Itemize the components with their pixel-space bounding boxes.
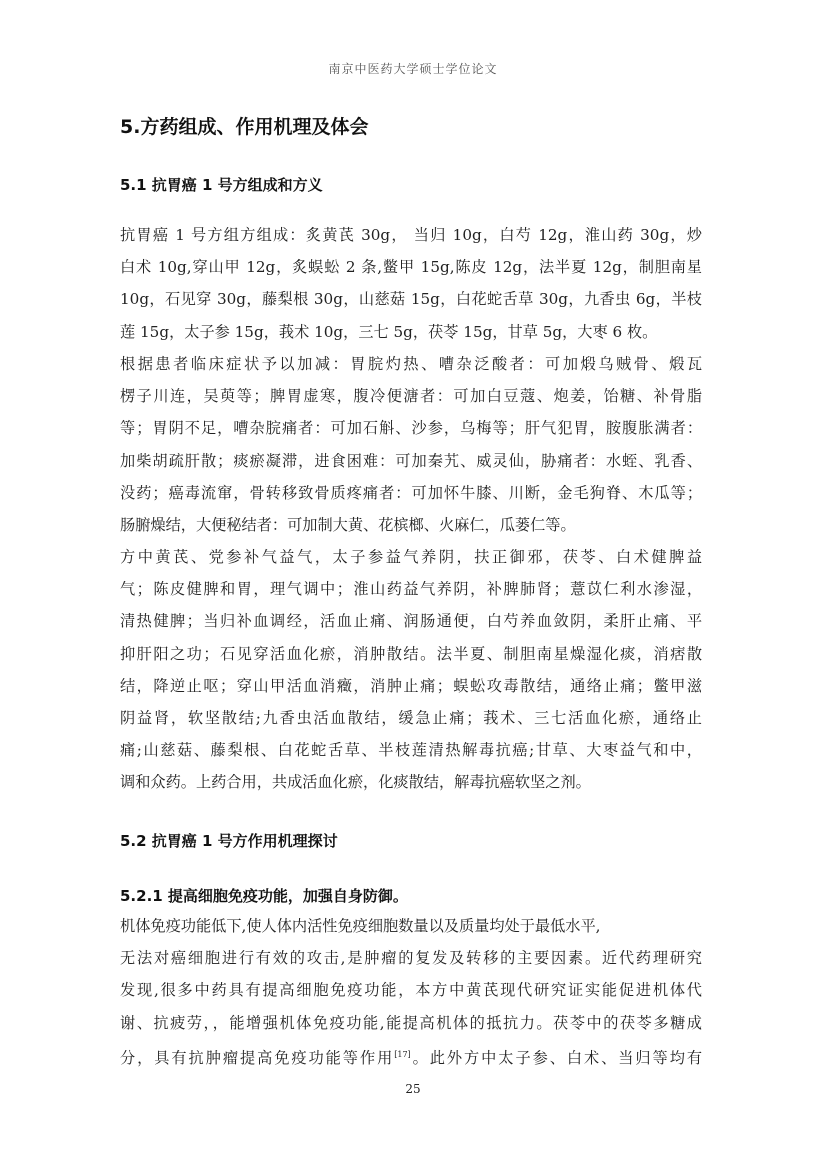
text-line: 10g，石见穿 30g，藤梨根 30g，山慈菇 15g，白花蛇舌草 30g，九香… xyxy=(120,283,702,315)
running-header: 南京中医药大学硕士学位论文 xyxy=(0,60,826,77)
text-line: 肠腑燥结，大便秘结者：可加制大黄、花槟榔、火麻仁，瓜蒌仁等。 xyxy=(120,509,702,541)
text-segment: 。此外方中太子参、白术、当归等均有 xyxy=(411,1049,702,1067)
text-line: 方中黄芪、党参补气益气，太子参益气养阴，扶正御邪，茯苓、白术健脾益 xyxy=(120,541,702,573)
section-5-2-1-title: 5.2.1 提高细胞免疫功能，加强自身防御。 xyxy=(120,885,408,906)
text-line: 阴益肾，软坚散结;九香虫活血散结，缓急止痛；莪术、三七活血化瘀，通络止 xyxy=(120,702,702,734)
text-line: 无法对癌细胞进行有效的攻击,是肿瘤的复发及转移的主要因素。近代药理研究 xyxy=(120,942,702,974)
text-line: 机体免疫功能低下,使人体内活性免疫细胞数量以及质量均处于最低水平, xyxy=(120,910,702,942)
text-line: 根据患者临床症状予以加减：胃脘灼热、嘈杂泛酸者：可加煅乌贼骨、煅瓦 xyxy=(120,348,702,380)
text-line: 等；胃阴不足，嘈杂脘痛者：可加石斛、沙参，乌梅等；肝气犯胃，胺腹胀满者： xyxy=(120,412,702,444)
chapter-title: 5.方药组成、作用机理及体会 xyxy=(120,112,368,139)
text-line: 没药；癌毒流窜，骨转移致骨质疼痛者：可加怀牛膝、川断，金毛狗脊、木瓜等； xyxy=(120,477,702,509)
paragraph-formula-composition: 抗胃癌 1 号方组方组成：炙黄芪 30g， 当归 10g，白芍 12g，淮山药 … xyxy=(120,219,702,348)
text-line: 莲 15g，太子参 15g，莪术 10g，三七 5g，茯苓 15g，甘草 5g，… xyxy=(120,316,702,348)
text-line: 结，降逆止呕；穿山甲活血消癥，消肿止痛；蜈蚣攻毒散结，通络止痛；鳖甲滋 xyxy=(120,670,702,702)
text-line: 痛;山慈菇、藤梨根、白花蛇舌草、半枝莲清热解毒抗癌;甘草、大枣益气和中， xyxy=(120,734,702,766)
text-line: 白术 10g,穿山甲 12g，炙蜈蚣 2 条,鳖甲 15g,陈皮 12g，法半夏… xyxy=(120,251,702,283)
section-5-1-title: 5.1 抗胃癌 1 号方组成和方义 xyxy=(120,174,323,195)
citation-marker[interactable]: [17] xyxy=(394,1050,410,1059)
text-line: 分，具有抗肿瘤提高免疫功能等作用[17]。此外方中太子参、白术、当归等均有 xyxy=(120,1039,702,1074)
text-line: 抑肝阳之功；石见穿活血化瘀，消肿散结。法半夏、制胆南星燥湿化痰，消痞散 xyxy=(120,638,702,670)
text-line: 气；陈皮健脾和胃，理气调中；淮山药益气养阴，补脾肺肾；薏苡仁利水渗湿， xyxy=(120,573,702,605)
text-line: 清热健脾；当归补血调经，活血止痛、润肠通便，白芍养血敛阴，柔肝止痛、平 xyxy=(120,605,702,637)
paragraph-immune-function: 机体免疫功能低下,使人体内活性免疫细胞数量以及质量均处于最低水平, 无法对癌细胞… xyxy=(120,910,702,1074)
text-line: 发现,很多中药具有提高细胞免疫功能，本方中黄芪现代研究证实能促进机体代 xyxy=(120,974,702,1006)
paragraph-formula-meaning: 方中黄芪、党参补气益气，太子参益气养阴，扶正御邪，茯苓、白术健脾益 气；陈皮健脾… xyxy=(120,541,702,799)
text-segment: 分，具有抗肿瘤提高免疫功能等作用 xyxy=(120,1049,394,1067)
text-line: 谢、抗疲劳，，能增强机体免疫功能,能提高机体的抵抗力。茯苓中的茯苓多糖成 xyxy=(120,1007,702,1039)
page-number: 25 xyxy=(0,1082,826,1096)
paragraph-modifications: 根据患者临床症状予以加减：胃脘灼热、嘈杂泛酸者：可加煅乌贼骨、煅瓦 楞子川连，吴… xyxy=(120,348,702,541)
section-5-2-title: 5.2 抗胃癌 1 号方作用机理探讨 xyxy=(120,830,338,851)
text-line: 加柴胡疏肝散；痰瘀凝滞，进食困难：可加秦艽、威灵仙，胁痛者：水蛭、乳香、 xyxy=(120,445,702,477)
text-line: 抗胃癌 1 号方组方组成：炙黄芪 30g， 当归 10g，白芍 12g，淮山药 … xyxy=(120,219,702,251)
text-line: 调和众药。上药合用，共成活血化瘀，化痰散结，解毒抗癌软坚之剂。 xyxy=(120,766,702,798)
text-line: 楞子川连，吴萸等；脾胃虚寒，腹冷便溏者：可加白豆蔻、炮姜，饴糖、补骨脂 xyxy=(120,380,702,412)
